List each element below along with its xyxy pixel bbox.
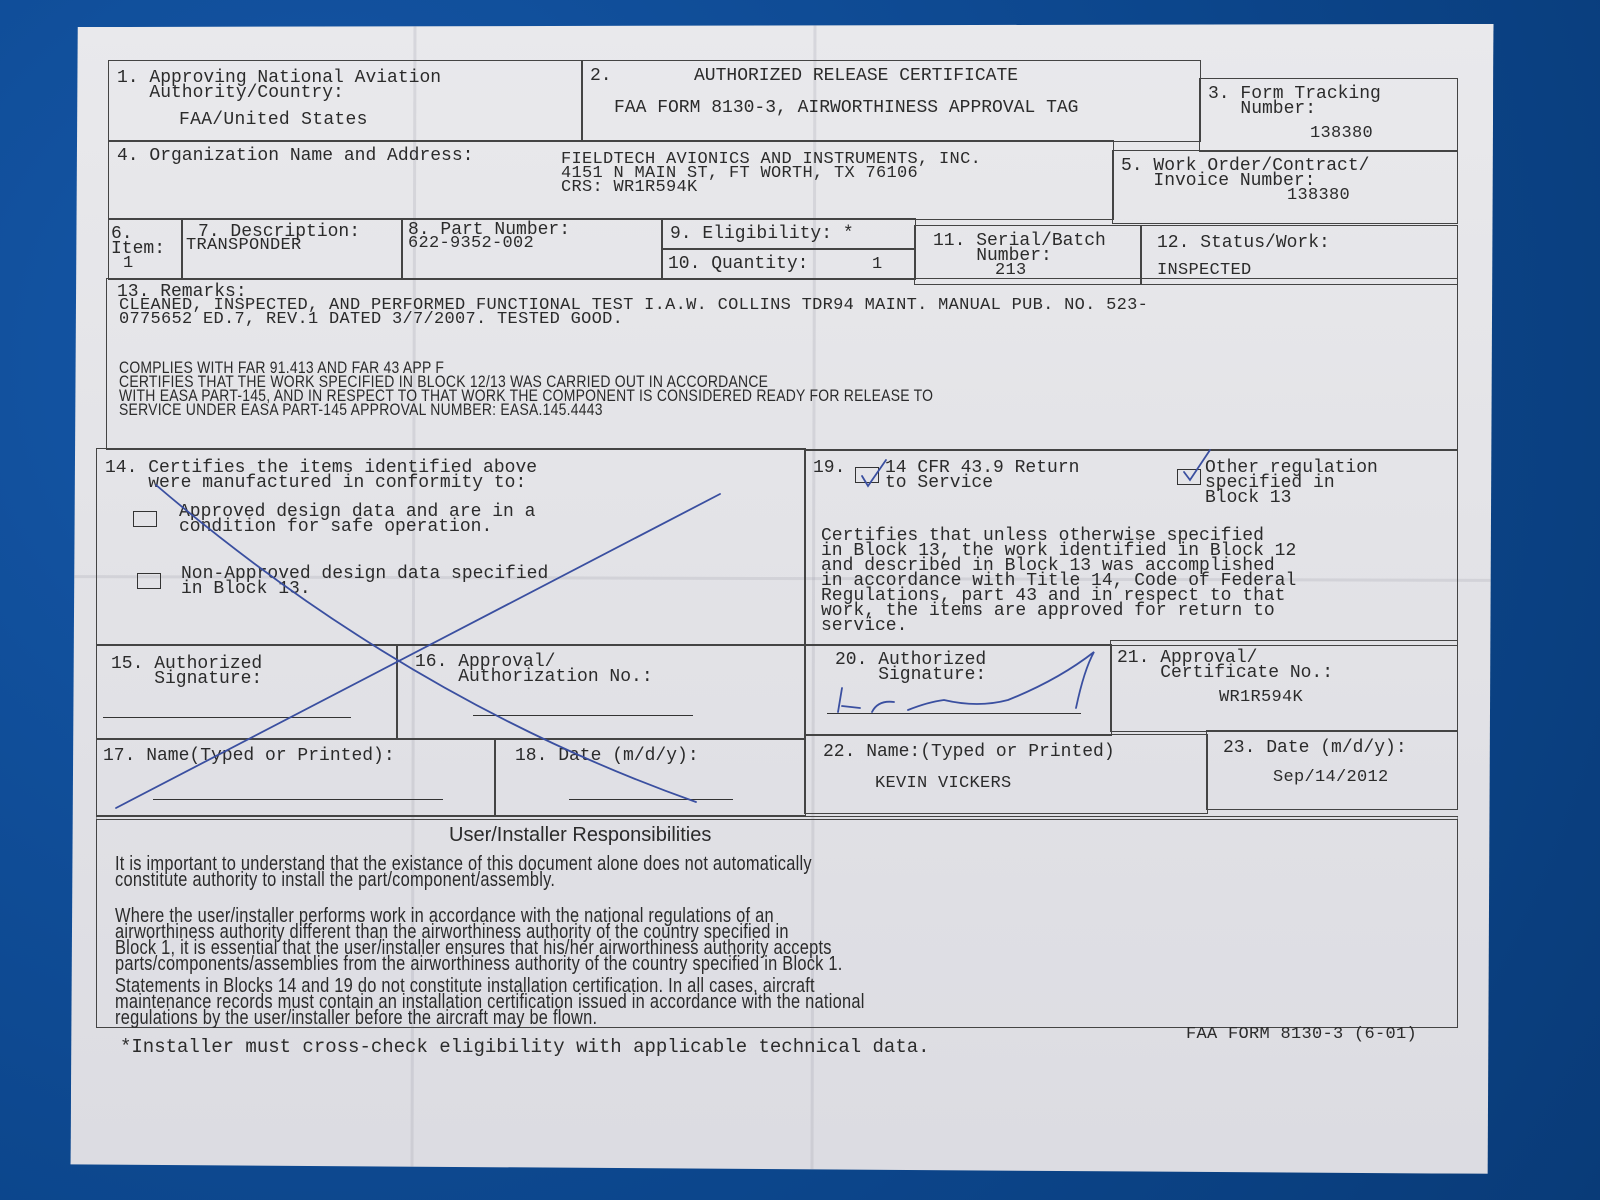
block-19: 19. 14 CFR 43.9 Return to Service Other … <box>804 450 1458 646</box>
return-to-service-checkbox[interactable] <box>855 467 879 483</box>
work-order-number: 138380 <box>1287 189 1350 203</box>
description-value: TRANSPONDER <box>186 239 302 253</box>
block-19-label: 19. <box>813 461 845 476</box>
block-19-statement: Certifies that unless otherwise specifie… <box>821 529 1296 634</box>
return-to-service-label: 14 CFR 43.9 Return to Service <box>885 461 1079 491</box>
block-17-label: 17. Name(Typed or Printed): <box>103 749 395 764</box>
other-regulation-checkbox[interactable] <box>1177 469 1201 485</box>
block-23: 23. Date (m/d/y): Sep/14/2012 <box>1206 730 1458 810</box>
block-8: 8. Part Number: 622-9352-002 <box>401 218 663 280</box>
serial-number-value: 213 <box>995 264 1027 278</box>
block-12-label: 12. Status/Work: <box>1157 236 1330 251</box>
responsibilities-paragraph-2: Where the user/installer performs work i… <box>115 908 843 972</box>
remarks-line: 0775652 ED.7, REV.1 DATED 3/7/2007. TEST… <box>119 313 623 327</box>
block-21: 21. Approval/ Certificate No.: WR1R594K <box>1110 640 1458 732</box>
form-subtitle: FAA FORM 8130-3, AIRWORTHINESS APPROVAL … <box>614 101 1078 116</box>
block-11: 11. Serial/Batch Number: 213 <box>914 225 1142 285</box>
block-5: 5. Work Order/Contract/ Invoice Number: … <box>1112 150 1458 224</box>
responsibilities-paragraph-1: It is important to understand that the e… <box>115 856 812 888</box>
block-2-label: 2. <box>590 69 612 84</box>
block-16: 16. Approval/ Authorization No.: <box>396 644 806 740</box>
block-1-value: FAA/United States <box>179 113 368 127</box>
block-2: 2. AUTHORIZED RELEASE CERTIFICATE FAA FO… <box>581 60 1201 142</box>
certificate-number-value: WR1R594K <box>1219 691 1303 705</box>
non-approved-design-data-label: Non-Approved design data specified in Bl… <box>181 567 548 597</box>
form-body: 1. Approving National Aviation Authority… <box>108 60 1458 1035</box>
block-18-label: 18. Date (m/d/y): <box>515 749 699 764</box>
block-5-label: 5. Work Order/Contract/ Invoice Number: <box>1121 159 1369 189</box>
form-tracking-number: 138380 <box>1310 127 1373 141</box>
block-15-label: 15. Authorized Signature: <box>111 657 262 687</box>
approved-design-data-label: Approved design data and are in a condit… <box>179 505 535 535</box>
block-17: 17. Name(Typed or Printed): <box>96 738 496 816</box>
block-21-label: 21. Approval/ Certificate No.: <box>1117 651 1333 681</box>
block-4: 4. Organization Name and Address: FIELDT… <box>108 140 1114 220</box>
part-number-value: 622-9352-002 <box>408 237 534 251</box>
authorization-line <box>473 715 693 716</box>
user-installer-responsibilities: User/Installer Responsibilities It is im… <box>96 816 1458 1028</box>
block-1: 1. Approving National Aviation Authority… <box>108 60 583 142</box>
block-1-label: 1. Approving National Aviation Authority… <box>117 71 441 101</box>
form-revision-id: FAA FORM 8130-3 (6-01) <box>1186 1028 1417 1042</box>
block-22-label: 22. Name:(Typed or Printed) <box>823 745 1115 760</box>
block-20-label: 20. Authorized Signature: <box>835 653 986 683</box>
block-18: 18. Date (m/d/y): <box>494 738 806 816</box>
block-9-label: 9. Eligibility: * <box>670 227 854 242</box>
block-14-label: 14. Certifies the items identified above… <box>105 461 537 491</box>
status-work-value: INSPECTED <box>1157 264 1252 278</box>
date-line <box>569 799 733 800</box>
block-3-label: 3. Form Tracking Number: <box>1208 87 1381 117</box>
organization-name-address: FIELDTECH AVIONICS AND INSTRUMENTS, INC.… <box>561 153 981 195</box>
block-12: 12. Status/Work: INSPECTED <box>1140 225 1458 285</box>
quantity-value: 1 <box>872 258 883 272</box>
block-15: 15. Authorized Signature: <box>96 644 398 740</box>
item-number: 1 <box>123 257 134 271</box>
name-line <box>153 799 443 800</box>
block-10-label: 10. Quantity: <box>668 257 808 272</box>
non-approved-design-data-checkbox[interactable] <box>137 573 161 589</box>
block-23-label: 23. Date (m/d/y): <box>1223 741 1407 756</box>
date-value: Sep/14/2012 <box>1273 771 1389 785</box>
block-14: 14. Certifies the items identified above… <box>96 448 806 646</box>
remarks-line: SERVICE UNDER EASA PART-145 APPROVAL NUM… <box>119 403 603 417</box>
eligibility-footnote: *Installer must cross-check eligibility … <box>120 1040 930 1055</box>
block-3: 3. Form Tracking Number: 138380 <box>1199 78 1458 152</box>
block-7: 7. Description: TRANSPONDER <box>181 218 403 280</box>
block-9: 9. Eligibility: * <box>661 218 916 250</box>
block-20: 20. Authorized Signature: <box>804 644 1112 736</box>
name-value: KEVIN VICKERS <box>875 777 1012 791</box>
block-13-remarks: 13. Remarks: CLEANED, INSPECTED, AND PER… <box>106 278 1458 450</box>
form-title: AUTHORIZED RELEASE CERTIFICATE <box>694 69 1018 84</box>
signature-line <box>103 717 351 718</box>
block-10: 10. Quantity: 1 <box>661 248 916 280</box>
block-6-label: 6. Item: <box>111 227 165 257</box>
approved-design-data-checkbox[interactable] <box>133 511 157 527</box>
responsibilities-title: User/Installer Responsibilities <box>449 828 711 843</box>
other-regulation-label: Other regulation specified in Block 13 <box>1205 461 1378 506</box>
block-16-label: 16. Approval/ Authorization No.: <box>415 655 653 685</box>
block-11-label: 11. Serial/Batch Number: <box>933 234 1106 264</box>
block-6: 6. Item: 1 <box>108 218 183 280</box>
block-22: 22. Name:(Typed or Printed) KEVIN VICKER… <box>804 734 1208 814</box>
block-4-label: 4. Organization Name and Address: <box>117 149 473 164</box>
responsibilities-paragraph-3: Statements in Blocks 14 and 19 do not co… <box>115 978 865 1026</box>
signature-line <box>827 713 1081 714</box>
